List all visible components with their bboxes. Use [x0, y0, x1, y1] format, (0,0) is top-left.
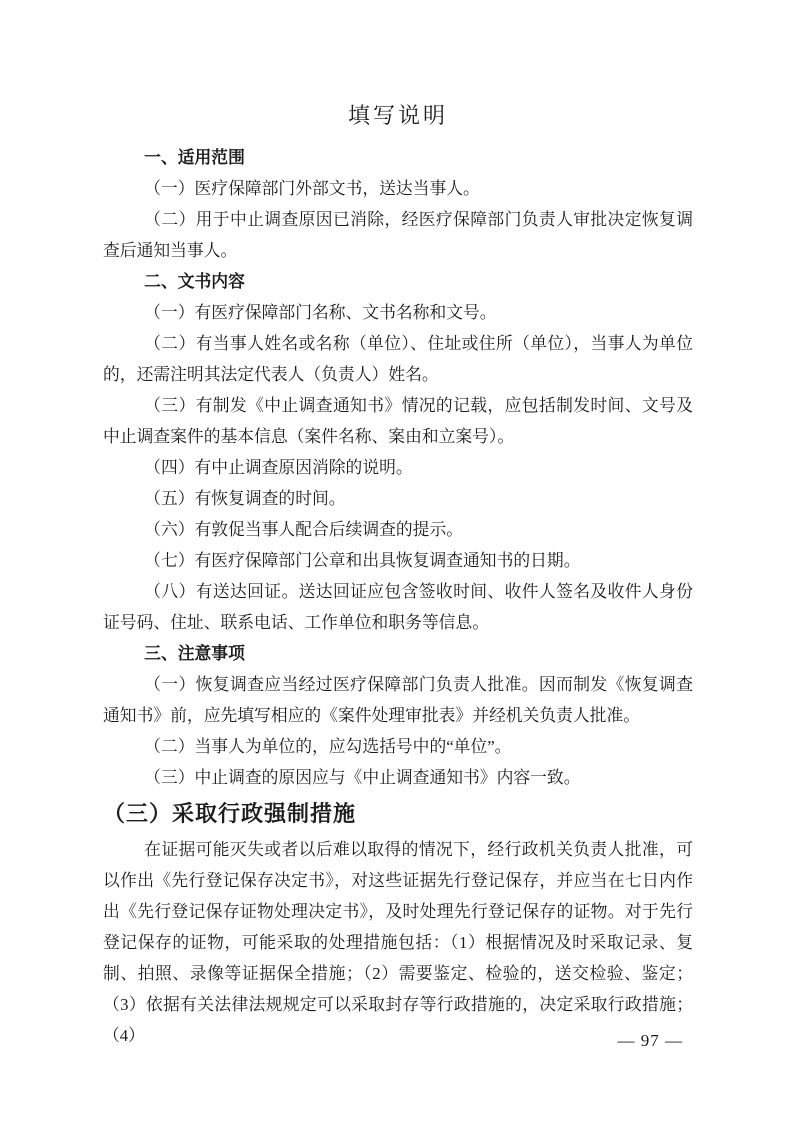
document-page: 填写说明 一、适用范围 （一）医疗保障部门外部文书，送达当事人。 （二）用于中止…: [0, 0, 793, 1122]
paragraph: （二）用于中止调查原因已消除，经医疗保障部门负责人审批决定恢复调查后通知当事人。: [103, 204, 693, 266]
paragraph: （三）中止调查的原因应与《中止调查通知书》内容一致。: [103, 762, 693, 793]
paragraph: （六）有敦促当事人配合后续调查的提示。: [103, 514, 693, 545]
paragraph: （八）有送达回证。送达回证应包含签收时间、收件人签名及收件人身份证号码、住址、联…: [103, 576, 693, 638]
paragraph: （一）恢复调查应当经过医疗保障部门负责人批准。因而制发《恢复调查通知书》前，应先…: [103, 669, 693, 731]
paragraph: （一）医疗保障部门外部文书，送达当事人。: [103, 173, 693, 204]
paragraph: （五）有恢复调查的时间。: [103, 483, 693, 514]
paragraph: （一）有医疗保障部门名称、文书名称和文号。: [103, 297, 693, 328]
document-title: 填写说明: [103, 100, 693, 131]
chapter-heading: （三）采取行政强制措施: [103, 795, 693, 833]
section-heading: 三、注意事项: [103, 638, 693, 669]
paragraph: 在证据可能灭失或者以后难以取得的情况下，经行政机关负责人批准，可以作出《先行登记…: [103, 834, 693, 1051]
paragraph: （二）当事人为单位的，应勾选括号中的“单位”。: [103, 731, 693, 762]
document-body: 填写说明 一、适用范围 （一）医疗保障部门外部文书，送达当事人。 （二）用于中止…: [103, 100, 693, 1051]
paragraph: （四）有中止调查原因消除的说明。: [103, 452, 693, 483]
section-heading: 二、文书内容: [103, 266, 693, 297]
paragraph: （七）有医疗保障部门公章和出具恢复调查通知书的日期。: [103, 545, 693, 576]
section-heading: 一、适用范围: [103, 142, 693, 173]
page-number: — 97 —: [618, 1030, 684, 1052]
paragraph: （二）有当事人姓名或名称（单位）、住址或住所（单位），当事人为单位的，还需注明其…: [103, 328, 693, 390]
paragraph: （三）有制发《中止调查通知书》情况的记载，应包括制发时间、文号及中止调查案件的基…: [103, 390, 693, 452]
